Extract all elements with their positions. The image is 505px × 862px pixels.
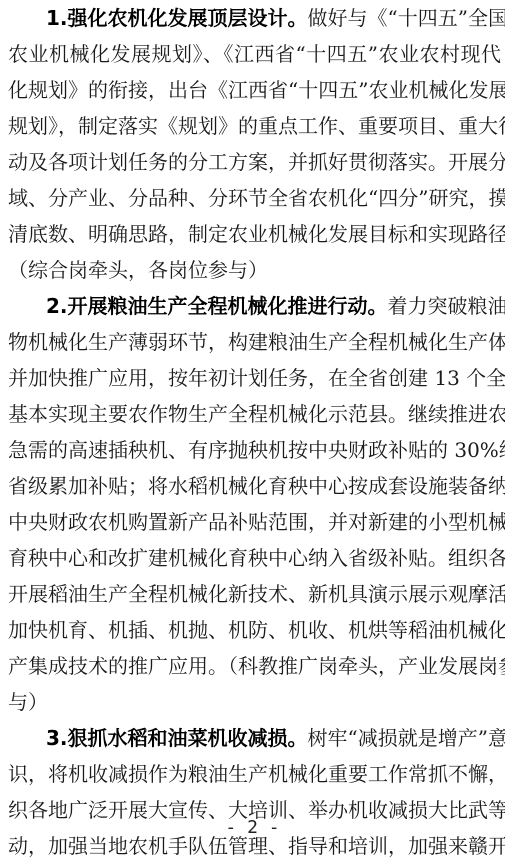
section-2-heading: 2.开展粮油生产全程机械化推进行动。 [46, 294, 388, 318]
paragraph-line: 农业机械化发展规划》、《江西省“十四五”农业农村现代 [8, 36, 501, 72]
section-1-heading: 1.强化农机化发展顶层设计。 [46, 6, 308, 30]
paragraph-line: 育秧中心和改扩建机械化育秧中心纳入省级补贴。组织各地 [8, 540, 501, 576]
paragraph-line: 中央财政农机购置新产品补贴范围，并对新建的小型机械化 [8, 504, 501, 540]
paragraph-line: 省级累加补贴；将水稻机械化育秧中心按成套设施装备纳入 [8, 468, 501, 504]
paragraph-line: 动及各项计划任务的分工方案，并抓好贯彻落实。开展分区 [8, 144, 501, 180]
document-page: 1.强化农机化发展顶层设计。做好与《“十四五”全国 农业机械化发展规划》、《江西… [0, 0, 505, 862]
paragraph-line: 化规划》的衔接，出台《江西省“十四五”农业机械化发展 [8, 72, 501, 108]
section-3-line-1: 3.狠抓水稻和油菜机收减损。树牢“减损就是增产”意 [46, 720, 501, 756]
section-1-text: 做好与《“十四五”全国 [308, 6, 505, 30]
paragraph-line: 产集成技术的推广应用。（科教推广岗牵头，产业发展岗参 [8, 648, 501, 684]
page-number: - 2 - [0, 813, 505, 843]
paragraph-line: 物机械化生产薄弱环节，构建粮油生产全程机械化生产体系 [8, 324, 501, 360]
paragraph-line: 基本实现主要农作物生产全程机械化示范县。继续推进农户 [8, 396, 501, 432]
section-3-text: 树牢“减损就是增产”意 [308, 726, 505, 750]
section-1-line-1: 1.强化农机化发展顶层设计。做好与《“十四五”全国 [46, 0, 501, 36]
paragraph-line: 规划》，制定落实《规划》的重点工作、重要项目、重大行 [8, 108, 501, 144]
section-2-text: 着力突破粮油作 [388, 294, 505, 318]
paragraph-line: 加快机育、机插、机抛、机防、机收、机烘等稻油机械化生 [8, 612, 501, 648]
paragraph-line: 清底数、明确思路，制定农业机械化发展目标和实现路径。 [8, 216, 501, 252]
paragraph-line: 急需的高速插秧机、有序抛秧机按中央财政补贴的 30%给予 [8, 432, 501, 468]
paragraph-line: 并加快推广应用，按年初计划任务，在全省创建 13 个全国 [8, 360, 501, 396]
section-3-heading: 3.狠抓水稻和油菜机收减损。 [46, 726, 308, 750]
paragraph-line: 识，将机收减损作为粮油生产机械化重要工作常抓不懈，组 [8, 756, 501, 792]
paragraph-line: （综合岗牵头，各岗位参与） [8, 252, 501, 288]
paragraph-line: 域、分产业、分品种、分环节全省农机化“四分”研究，摸 [8, 180, 501, 216]
paragraph-line: 开展稻油生产全程机械化新技术、新机具演示展示观摩活动 [8, 576, 501, 612]
paragraph-line: 与） [8, 684, 501, 720]
section-2-line-1: 2.开展粮油生产全程机械化推进行动。着力突破粮油作 [46, 288, 501, 324]
